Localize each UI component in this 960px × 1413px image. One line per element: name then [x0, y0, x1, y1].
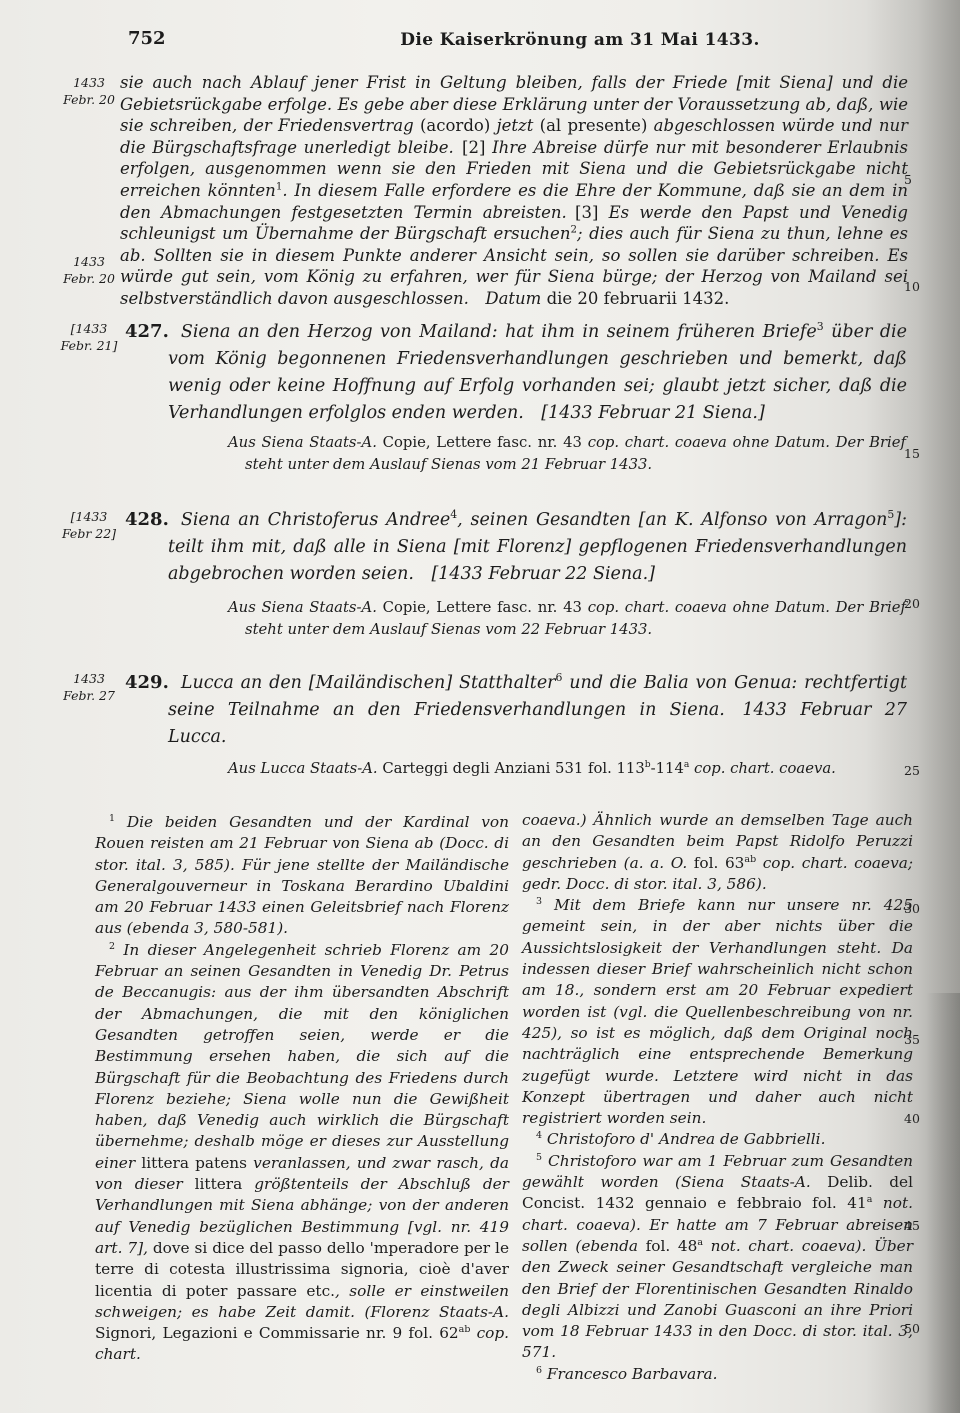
line-number: 20	[904, 596, 930, 611]
footnote-paragraph: 1 Die beiden Gesandten und der Kardinal …	[95, 812, 509, 940]
text-segment: Signori, Legazioni e Commissarie nr. 9 f…	[95, 1324, 459, 1342]
footnote-paragraph: 2 In dieser Angelegenheit schrieb Floren…	[95, 940, 509, 1366]
margin-date-line: [1433	[71, 509, 108, 524]
line-number: 10	[904, 279, 930, 294]
footnote-paragraph: coaeva.) Ähnlich wurde an demselben Tage…	[522, 810, 913, 895]
text-segment: ab	[459, 1324, 471, 1335]
text-segment: not. chart. coaeva).	[703, 1237, 866, 1255]
text-segment: 3	[817, 320, 824, 333]
footnotes-right-column: coaeva.) Ähnlich wurde an demselben Tage…	[522, 810, 913, 1385]
footnote-paragraph: 6 Francesco Barbavara.	[522, 1364, 913, 1385]
margin-date-line: Febr. 27	[63, 688, 115, 703]
text-segment: [2]	[462, 138, 485, 157]
margin-date-line: [1433	[71, 321, 108, 336]
line-number: 35	[904, 1032, 930, 1047]
entry-number: 429.	[125, 672, 181, 693]
text-segment: littera	[195, 1175, 243, 1193]
line-number: 50	[904, 1321, 930, 1336]
text-segment: Datum	[485, 289, 541, 308]
text-segment: Siena an Christoferus Andree	[181, 510, 450, 530]
margin-date-line: 1433	[73, 254, 105, 269]
page-edge-shadow-bottom	[926, 993, 960, 1413]
line-number: 15	[904, 446, 930, 461]
footnote-paragraph: 3 Mit dem Briefe kann nur unsere nr. 425…	[522, 895, 913, 1129]
text-segment: Die beiden Gesandten und der Kardinal vo…	[95, 813, 509, 937]
margin-date-intro-start: 1433 Febr. 20	[58, 74, 120, 108]
margin-date-line: 1433	[73, 671, 105, 686]
text-segment: Über den Zweck seiner Gesandtschaft verg…	[522, 1237, 913, 1361]
intro-paragraph: sie auch nach Ablauf jener Frist in Gelt…	[120, 72, 908, 310]
entry-number: 427.	[125, 321, 181, 342]
source-note-428: Aus Siena Staats-A. Copie, Lettere fasc.…	[228, 597, 906, 640]
entry-number: 428.	[125, 509, 181, 530]
text-segment: Siena an den Herzog von Mailand: hat ihm…	[181, 322, 817, 342]
text-segment: fol. 63	[694, 854, 745, 872]
margin-date-line: Febr. 21]	[61, 338, 118, 353]
text-segment: Aus Lucca Staats-A.	[228, 760, 378, 777]
text-segment: Francesco Barbavara.	[542, 1365, 718, 1383]
line-number: 45	[904, 1218, 930, 1233]
text-segment: (acordo)	[420, 116, 490, 135]
text-segment: Christoforo d' Andrea de Gabbrielli.	[542, 1130, 825, 1148]
regesta-entry-427: 427.Siena an den Herzog von Mailand: hat…	[125, 318, 907, 427]
margin-date-line: 1433	[73, 75, 105, 90]
regesta-entry-428: 428.Siena an Christoferus Andree4, seine…	[125, 506, 907, 588]
text-segment: Mit dem Briefe kann nur unsere nr. 425 g…	[522, 896, 913, 1127]
text-segment: Lucca an den [Mailändischen] Statthalter	[181, 673, 556, 693]
text-segment: Carteggi degli Anziani 531 fol. 113	[378, 760, 645, 777]
line-number: 25	[904, 763, 930, 778]
running-title: Die Kaiserkrönung am 31 Mai 1433.	[200, 30, 960, 50]
footnote-paragraph: 4 Christoforo d' Andrea de Gabbrielli.	[522, 1129, 913, 1150]
text-segment: Copie, Lettere fasc. nr. 43	[377, 434, 588, 451]
page-number: 752	[128, 28, 166, 49]
source-note-427: Aus Siena Staats-A. Copie, Lettere fasc.…	[228, 432, 906, 475]
entry-text: Siena an Christoferus Andree4, seinen Ge…	[168, 510, 907, 584]
text-segment: jetzt	[490, 116, 539, 135]
text-segment: In dieser Angelegenheit schrieb Florenz …	[95, 941, 509, 1172]
entry-text: Lucca an den [Mailändischen] Statthalter…	[168, 673, 907, 747]
regesta-entry-429: 429.Lucca an den [Mailändischen] Stattha…	[125, 669, 907, 751]
footnotes-left-column: 1 Die beiden Gesandten und der Kardinal …	[95, 812, 509, 1366]
entry-text: Siena an den Herzog von Mailand: hat ihm…	[168, 322, 907, 423]
text-segment: [3]	[575, 203, 598, 222]
line-number: 40	[904, 1111, 930, 1126]
margin-date-429: 1433 Febr. 27	[58, 670, 120, 704]
text-segment: Aus Siena Staats-A.	[228, 434, 377, 451]
text-segment: Aus Siena Staats-A.	[228, 599, 377, 616]
text-segment: die 20 februarii 1432.	[541, 289, 729, 308]
line-number: 5	[904, 172, 930, 187]
margin-date-line: Febr 22]	[62, 526, 116, 541]
book-page: 752 Die Kaiserkrönung am 31 Mai 1433. 14…	[0, 0, 960, 1413]
footnote-paragraph: 5 Christoforo war am 1 Februar zum Gesan…	[522, 1151, 913, 1364]
text-segment: ab	[744, 854, 756, 865]
margin-date-428: [1433 Febr 22]	[58, 508, 120, 542]
text-segment: , seinen Gesandten [an K. Alfonso von Ar…	[457, 510, 887, 530]
text-segment: (al presente)	[540, 116, 648, 135]
text-segment: -114	[651, 760, 684, 777]
margin-date-line: Febr. 20	[63, 271, 115, 286]
line-number: 30	[904, 901, 930, 916]
text-segment: Copie, Lettere fasc. nr. 43	[377, 599, 588, 616]
source-note-429: Aus Lucca Staats-A. Carteggi degli Anzia…	[228, 758, 906, 780]
margin-date-427: [1433 Febr. 21]	[58, 320, 120, 354]
text-segment: cop. chart. coaeva.	[689, 760, 836, 777]
margin-date-intro-end: 1433 Febr. 20	[58, 253, 120, 287]
text-segment: littera patens	[141, 1154, 247, 1172]
margin-date-line: Febr. 20	[63, 92, 115, 107]
text-segment: fol. 48	[646, 1237, 698, 1255]
